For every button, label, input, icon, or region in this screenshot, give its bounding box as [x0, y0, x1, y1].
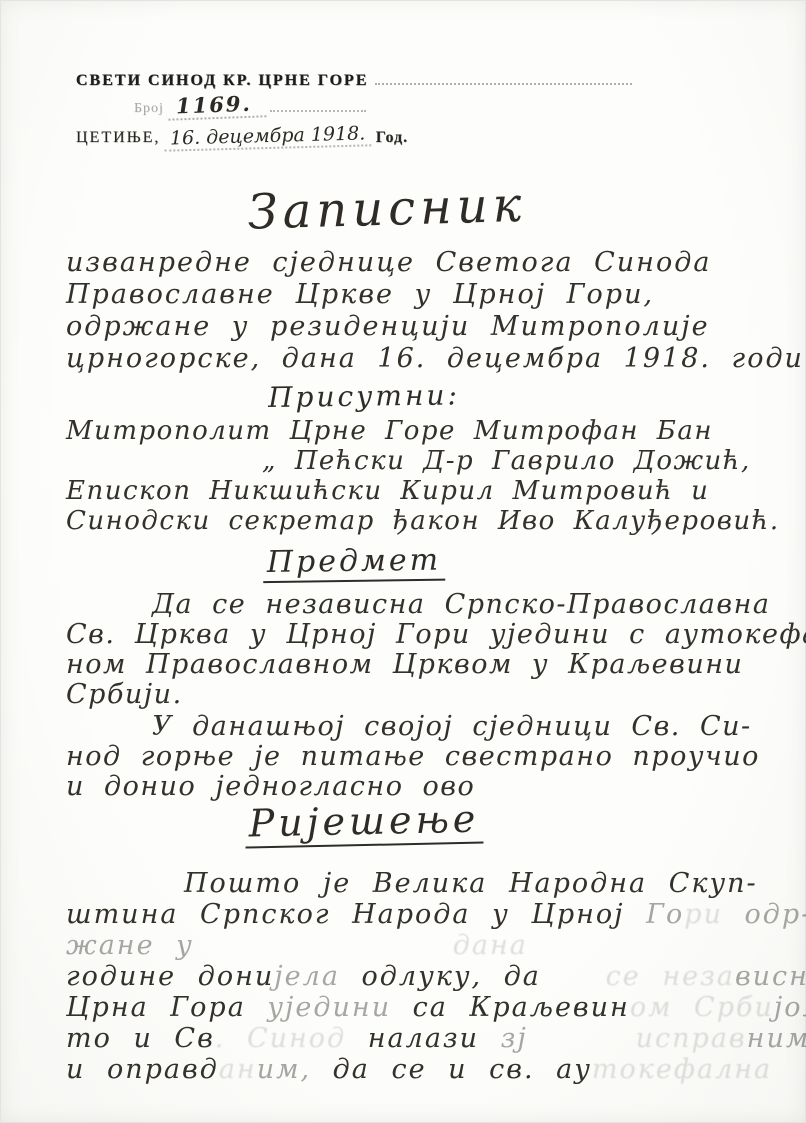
- text-line: то и Св. Синод налази зј исправним: [66, 1023, 762, 1054]
- text-line: Православне Цркве у Црној Гори,: [66, 279, 762, 311]
- text-line: Митрополит Црне Горе Митрофан Бан: [66, 416, 762, 446]
- text-line: „ Пећски Д-р Гаврило Дожић,: [66, 446, 762, 476]
- document-title: Записник: [65, 170, 762, 245]
- stamp-number-label: Број: [134, 101, 164, 116]
- text-line: црногорске, дана 16. децембра 1918. годи…: [66, 343, 762, 375]
- document-page: СВЕТИ СИНОД КР. ЦРНЕ ГОРЕ Број 1169. ЦЕТ…: [0, 0, 806, 1123]
- text-line: Србији.: [66, 680, 762, 710]
- dotted-rule: [270, 94, 366, 112]
- stamp-org-row: СВЕТИ СИНОД КР. ЦРНЕ ГОРЕ: [76, 72, 636, 90]
- text-line: У данашњој својој сједници Св. Си-: [66, 712, 762, 742]
- text-line: Епископ Никшићски Кирил Митровић и: [66, 476, 762, 506]
- text-line: Синодски секретар ђакон Иво Калуђеровић.: [66, 506, 762, 536]
- stamp-date-value: 16. децембра 1918.: [164, 122, 372, 151]
- text-line: штина Српског Народа у Црној Гори одр-: [66, 899, 762, 930]
- text-line: Св. Црква у Црној Гори уједини с аутокеф…: [66, 620, 762, 650]
- subject-paragraph-1: Да се независна Српско-ПравославнаСв. Цр…: [66, 590, 762, 710]
- subject-paragraph-2: У данашњој својој сједници Св. Си-нод го…: [66, 712, 762, 802]
- stamp-number-value: 1169.: [167, 90, 266, 120]
- attendees-list: Митрополит Црне Горе Митрофан Бан„ Пећск…: [66, 416, 762, 536]
- text-line: жане у дана: [66, 930, 762, 961]
- intro-paragraph: изванредне сједнице Светога СинодаПравос…: [66, 247, 762, 375]
- text-line: одржане у резиденцији Митрополије: [66, 311, 762, 343]
- stamp-place-row: ЦЕТИЊЕ, 16. децембра 1918. Год.: [76, 125, 636, 149]
- text-line: нод горње је питање свестрано проучио: [66, 742, 762, 772]
- resolution-paragraph: Пошто је Велика Народна Скуп-штина Српск…: [66, 868, 762, 1085]
- text-line: изванредне сједнице Светога Синода: [66, 247, 762, 279]
- stamp-number-row: Број 1169.: [76, 92, 636, 119]
- resolution-heading-text: Ријешење: [244, 797, 484, 849]
- text-line: Црна Гора уједини са Краљевином Србијом,: [66, 992, 762, 1023]
- office-stamp: СВЕТИ СИНОД КР. ЦРНЕ ГОРЕ Број 1169. ЦЕТ…: [76, 72, 636, 149]
- text-line: године донијела одлуку, да се независна: [66, 961, 762, 992]
- text-line: и оправданим, да се и св. аутокефална ич…: [66, 1054, 762, 1085]
- text-line: Пошто је Велика Народна Скуп-: [66, 868, 762, 899]
- stamp-place-label: ЦЕТИЊЕ,: [76, 129, 160, 146]
- stamp-org-line: СВЕТИ СИНОД КР. ЦРНЕ ГОРЕ: [76, 72, 369, 90]
- text-line: ном Православном Црквом у Краљевини: [66, 650, 762, 680]
- text-line: Да се независна Српско-Православна: [66, 590, 762, 620]
- stamp-year-label: Год.: [376, 129, 408, 146]
- subject-heading-text: Предмет: [263, 543, 446, 584]
- subject-heading: Предмет: [66, 538, 762, 586]
- dotted-rule: [375, 82, 633, 85]
- attendees-heading: Присутни:: [66, 374, 762, 417]
